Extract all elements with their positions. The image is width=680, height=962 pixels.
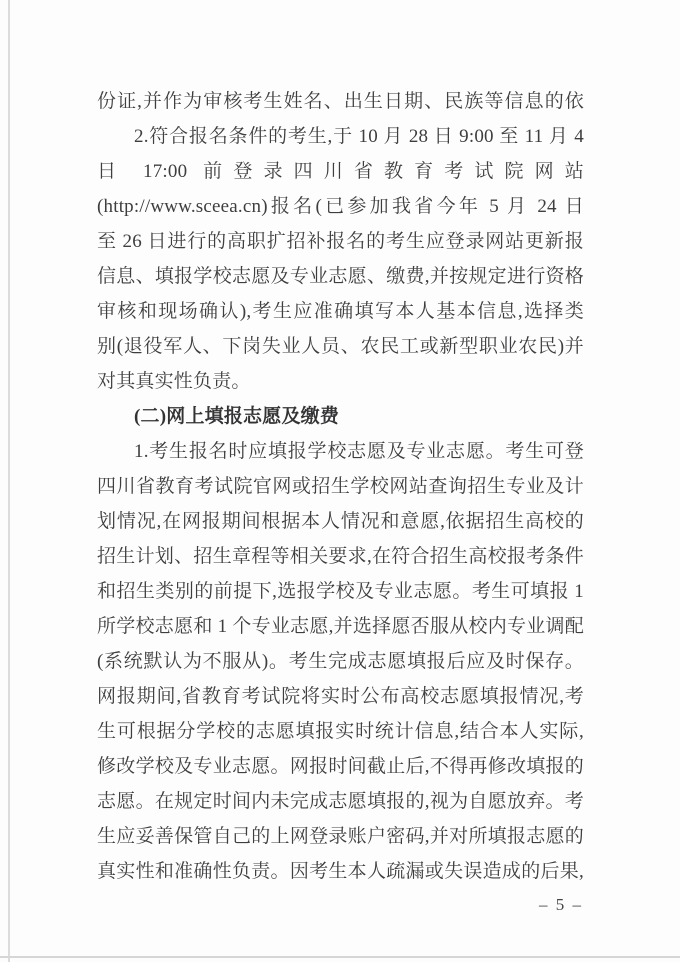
document-page: 份证,并作为审核考生姓名、出生日期、民族等信息的依据。 2.符合报名条件的考生,… — [0, 0, 680, 962]
text-line: 生可根据分学校的志愿填报实时统计信息,结合本人实际, — [97, 714, 584, 749]
text-line: 至 26 日进行的高职扩招补报名的考生应登录网站更新报名 — [97, 224, 584, 259]
page-edge-bottom — [0, 956, 680, 958]
text-line: 网报期间,省教育考试院将实时公布高校志愿填报情况,考 — [97, 679, 584, 714]
text-line: 1.考生报名时应填报学校志愿及专业志愿。考生可登录 — [97, 434, 584, 469]
text-line: 2.符合报名条件的考生,于 10 月 28 日 9:00 至 11 月 4 — [97, 119, 584, 154]
text-line: 真实性和准确性负责。因考生本人疏漏或失误造成的后果, — [97, 854, 584, 889]
text-line: 生应妥善保管自己的上网登录账户密码,并对所填报志愿的 — [97, 819, 584, 854]
text-line: (系统默认为不服从)。考生完成志愿填报后应及时保存。 — [97, 644, 584, 679]
text-line: 修改学校及专业志愿。网报时间截止后,不得再修改填报的 — [97, 749, 584, 784]
text-line: 和招生类别的前提下,选报学校及专业志愿。考生可填报 1 — [97, 574, 584, 609]
page-edge-left — [8, 0, 10, 962]
page-number: – 5 – — [453, 893, 583, 917]
text-line: 招生计划、招生章程等相关要求,在符合招生高校报考条件 — [97, 539, 584, 574]
text-line: 划情况,在网报期间根据本人情况和意愿,依据招生高校的 — [97, 504, 584, 539]
text-line: 四川省教育考试院官网或招生学校网站查询招生专业及计 — [97, 469, 584, 504]
text-line: 信息、填报学校志愿及专业志愿、缴费,并按规定进行资格 — [97, 259, 584, 294]
text-line: 志愿。在规定时间内未完成志愿填报的,视为自愿放弃。考 — [97, 784, 584, 819]
section-heading: (二)网上填报志愿及缴费 — [97, 399, 584, 434]
text-line-url: (http://www.sceea.cn)报名(已参加我省今年 5 月 24 日 — [97, 189, 584, 224]
document-body: 份证,并作为审核考生姓名、出生日期、民族等信息的依据。 2.符合报名条件的考生,… — [97, 84, 584, 889]
text-line: 所学校志愿和 1 个专业志愿,并选择愿否服从校内专业调配 — [97, 609, 584, 644]
text-line: 日 17:00 前登录四川省教育考试院网站 — [97, 154, 584, 189]
text-line: 别(退役军人、下岗失业人员、农民工或新型职业农民)并 — [97, 329, 584, 364]
text-line: 对其真实性负责。 — [97, 364, 584, 399]
text-line: 份证,并作为审核考生姓名、出生日期、民族等信息的依据。 — [97, 84, 584, 119]
text-line: 审核和现场确认),考生应准确填写本人基本信息,选择类 — [97, 294, 584, 329]
